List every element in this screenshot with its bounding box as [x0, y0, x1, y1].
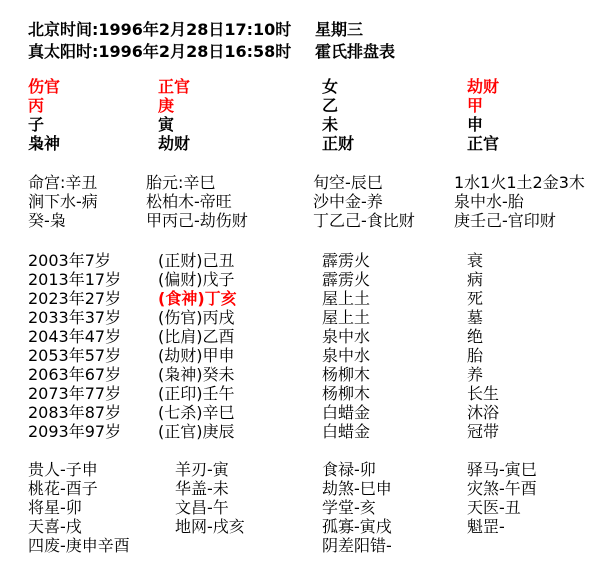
dayun-row: 2043年47岁 (比肩)乙酉 泉中水 绝	[0, 327, 612, 346]
dayun-period: 2053年57岁	[28, 346, 121, 365]
year-pillar-branch-god: 枭神	[28, 134, 60, 153]
dayun-period: 2003年7岁	[28, 251, 111, 270]
header-line-2: 真太阳时:1996年2月28日16:58时 霍氏排盘表	[0, 41, 612, 63]
dayun-stage: 长生	[467, 384, 499, 403]
year-hidden-stems: 癸-枭	[28, 211, 66, 230]
dayun-nayin: 杨柳木	[322, 384, 370, 403]
dayun-pillar: (劫财)甲申	[158, 346, 235, 365]
hour-pillar-branch: 申	[467, 115, 483, 134]
chart-title: 霍氏排盘表	[315, 41, 395, 63]
shensha-xuetang: 学堂-亥	[322, 498, 376, 517]
shensha-yinchayangcuo: 阴差阳错-	[322, 536, 392, 555]
dayun-period: 2093年97岁	[28, 422, 121, 441]
dayun-period: 2023年27岁	[28, 289, 121, 308]
shensha-row: 天喜-戌 地网-戌亥 孤寡-寅戌 魁罡-	[0, 517, 612, 536]
info-block: 命宫:辛丑 胎元:辛巳 旬空-辰巳 1水1火1土2金3木 涧下水-病 松柏木-帝…	[0, 173, 612, 230]
dayun-nayin: 屋上土	[322, 289, 370, 308]
info-row: 命宫:辛丑 胎元:辛巳 旬空-辰巳 1水1火1土2金3木	[0, 173, 612, 192]
shensha-yima: 驿马-寅巳	[467, 460, 537, 479]
dayun-pillar-highlighted: (食神)丁亥	[158, 289, 237, 308]
five-element-count: 1水1火1土2金3木	[454, 173, 585, 192]
month-nayin-stage: 松柏木-帝旺	[146, 192, 232, 211]
dayun-period: 2073年77岁	[28, 384, 121, 403]
header-line-1: 北京时间:1996年2月28日17:10时 星期三	[0, 19, 612, 41]
shensha-kuigang: 魁罡-	[467, 517, 505, 536]
dayun-period: 2063年67岁	[28, 365, 121, 384]
shensha-tianxi: 天喜-戌	[28, 517, 82, 536]
weekday: 星期三	[315, 19, 363, 41]
pillar-ten-god-row: 伤官 正官 女 劫财	[0, 77, 612, 96]
day-pillar-branch: 未	[322, 115, 338, 134]
hour-pillar-ten-god: 劫财	[467, 77, 499, 96]
dayun-period: 2043年47岁	[28, 327, 121, 346]
month-pillar-branch-god: 劫财	[158, 134, 190, 153]
pillar-branch-god-row: 枭神 劫财 正财 正官	[0, 134, 612, 153]
day-nayin-stage: 沙中金-养	[313, 192, 383, 211]
dayun-pillar: (正官)庚辰	[158, 422, 235, 441]
hour-pillar-branch-god: 正官	[467, 134, 499, 153]
dayun-nayin: 白蜡金	[322, 403, 370, 422]
shensha-wenchang: 文昌-午	[175, 498, 229, 517]
four-pillars: 伤官 正官 女 劫财 丙 庚 乙 甲 子 寅 未 申 枭神 劫财 正财 正官	[0, 77, 612, 153]
shensha-jiangxing: 将星-卯	[28, 498, 82, 517]
shensha-zaisha: 灾煞-午酉	[467, 479, 537, 498]
dayun-nayin: 泉中水	[322, 327, 370, 346]
day-hidden-stems: 丁乙己-食比财	[313, 211, 415, 230]
dayun-stage: 沐浴	[467, 403, 499, 422]
shensha-diwang: 地网-戌亥	[175, 517, 245, 536]
dayun-pillar: (七杀)辛巳	[158, 403, 235, 422]
dayun-stage: 养	[467, 365, 483, 384]
pillar-stem-row: 丙 庚 乙 甲	[0, 96, 612, 115]
dayun-nayin: 白蜡金	[322, 422, 370, 441]
dayun-row-current: 2023年27岁 (食神)丁亥 屋上土 死	[0, 289, 612, 308]
info-row: 癸-枭 甲丙己-劫伤财 丁乙己-食比财 庚壬己-官印财	[0, 211, 612, 230]
dayun-row: 2083年87岁 (七杀)辛巳 白蜡金 沐浴	[0, 403, 612, 422]
hour-nayin-stage: 泉中水-胎	[454, 192, 524, 211]
dayun-row: 2073年77岁 (正印)壬午 杨柳木 长生	[0, 384, 612, 403]
gender-label: 女	[322, 77, 338, 96]
day-pillar-stem: 乙	[322, 96, 338, 115]
shensha-huagai: 华盖-未	[175, 479, 229, 498]
dayun-stage: 胎	[467, 346, 483, 365]
info-row: 涧下水-病 松柏木-帝旺 沙中金-养 泉中水-胎	[0, 192, 612, 211]
dayun-pillar: (正印)壬午	[158, 384, 235, 403]
dayun-nayin: 屋上土	[322, 308, 370, 327]
dayun-nayin: 泉中水	[322, 346, 370, 365]
hour-pillar-stem: 甲	[467, 96, 483, 115]
true-solar-time: 真太阳时:1996年2月28日16:58时	[28, 41, 291, 63]
shensha-row: 四废-庚申辛酉 阴差阳错-	[0, 536, 612, 555]
year-pillar-branch: 子	[28, 115, 44, 134]
header: 北京时间:1996年2月28日17:10时 星期三 真太阳时:1996年2月28…	[0, 19, 612, 63]
xun-kong: 旬空-辰巳	[313, 173, 383, 192]
month-hidden-stems: 甲丙己-劫伤财	[146, 211, 248, 230]
dayun-pillar: (比肩)乙酉	[158, 327, 235, 346]
year-pillar-stem: 丙	[28, 96, 44, 115]
dayun-stage: 死	[467, 289, 483, 308]
pillar-branch-row: 子 寅 未 申	[0, 115, 612, 134]
year-nayin-stage: 涧下水-病	[28, 192, 98, 211]
month-pillar-branch: 寅	[158, 115, 174, 134]
shensha-tianyi: 天医-丑	[467, 498, 521, 517]
dayun-period: 2083年87岁	[28, 403, 121, 422]
dayun-nayin: 霹雳火	[322, 251, 370, 270]
shensha-yangren: 羊刃-寅	[175, 460, 229, 479]
dayun-row: 2013年17岁 (偏财)戊子 霹雳火 病	[0, 270, 612, 289]
dayun-stage: 衰	[467, 251, 483, 270]
hour-hidden-stems: 庚壬己-官印财	[454, 211, 556, 230]
dayun-nayin: 霹雳火	[322, 270, 370, 289]
shensha-block: 贵人-子申 羊刃-寅 食禄-卯 驿马-寅巳 桃花-酉子 华盖-未 劫煞-巳申 灾…	[0, 460, 612, 555]
shensha-row: 桃花-酉子 华盖-未 劫煞-巳申 灾煞-午酉	[0, 479, 612, 498]
shensha-taohua: 桃花-酉子	[28, 479, 98, 498]
dayun-row: 2033年37岁 (伤官)丙戌 屋上土 墓	[0, 308, 612, 327]
month-pillar-ten-god: 正官	[158, 77, 190, 96]
dayun-row: 2063年67岁 (枭神)癸未 杨柳木 养	[0, 365, 612, 384]
dayun-row: 2093年97岁 (正官)庚辰 白蜡金 冠带	[0, 422, 612, 441]
shensha-row: 贵人-子申 羊刃-寅 食禄-卯 驿马-寅巳	[0, 460, 612, 479]
shensha-guiren: 贵人-子申	[28, 460, 98, 479]
dayun-pillar: (伤官)丙戌	[158, 308, 235, 327]
dayun-row: 2003年7岁 (正财)己丑 霹雳火 衰	[0, 251, 612, 270]
dayun-row: 2053年57岁 (劫财)甲申 泉中水 胎	[0, 346, 612, 365]
month-pillar-stem: 庚	[158, 96, 174, 115]
day-pillar-branch-god: 正财	[322, 134, 354, 153]
bazi-chart-screen: 北京时间:1996年2月28日17:10时 星期三 真太阳时:1996年2月28…	[0, 0, 612, 571]
dayun-stage: 绝	[467, 327, 483, 346]
dayun-table: 2003年7岁 (正财)己丑 霹雳火 衰 2013年17岁 (偏财)戊子 霹雳火…	[0, 251, 612, 441]
shensha-jiesha: 劫煞-巳申	[322, 479, 392, 498]
dayun-stage: 墓	[467, 308, 483, 327]
dayun-period: 2033年37岁	[28, 308, 121, 327]
dayun-period: 2013年17岁	[28, 270, 121, 289]
shensha-gugua: 孤寡-寅戌	[322, 517, 392, 536]
dayun-pillar: (正财)己丑	[158, 251, 235, 270]
tai-yuan: 胎元:辛巳	[146, 173, 215, 192]
beijing-time: 北京时间:1996年2月28日17:10时	[28, 19, 291, 41]
shensha-row: 将星-卯 文昌-午 学堂-亥 天医-丑	[0, 498, 612, 517]
dayun-pillar: (枭神)癸未	[158, 365, 235, 384]
ming-gong: 命宫:辛丑	[28, 173, 97, 192]
dayun-pillar: (偏财)戊子	[158, 270, 235, 289]
dayun-stage: 冠带	[467, 422, 499, 441]
shensha-sifei: 四废-庚申辛酉	[28, 536, 130, 555]
shensha-shilu: 食禄-卯	[322, 460, 376, 479]
dayun-nayin: 杨柳木	[322, 365, 370, 384]
dayun-stage: 病	[467, 270, 483, 289]
year-pillar-ten-god: 伤官	[28, 77, 60, 96]
